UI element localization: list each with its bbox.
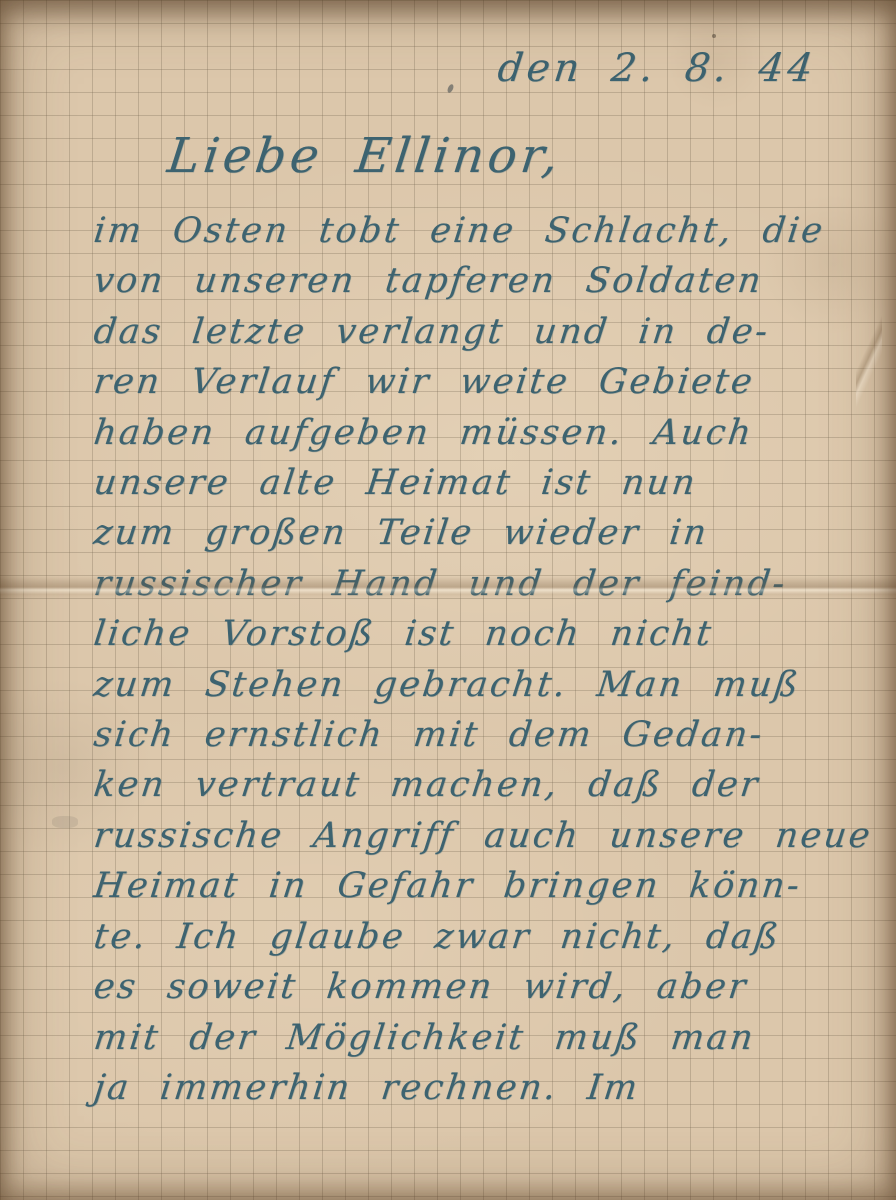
letter-line: ren Verlauf wir weite Gebiete bbox=[91, 357, 887, 407]
letter-line: haben aufgeben müssen. Auch bbox=[91, 408, 887, 458]
salutation: Liebe Ellinor, bbox=[165, 128, 566, 184]
letter-line: von unseren tapferen Soldaten bbox=[91, 256, 887, 306]
letter-body: im Osten tobt eine Schlacht, die von uns… bbox=[94, 206, 884, 1113]
letter-line: ken vertraut machen, daß der bbox=[91, 760, 887, 810]
letter-line: Heimat in Gefahr bringen könn- bbox=[91, 861, 887, 911]
letter-line: zum großen Teile wieder in bbox=[91, 508, 887, 558]
letter-line: das letzte verlangt und in de- bbox=[91, 307, 887, 357]
letter-line: sich ernstlich mit dem Gedan- bbox=[91, 710, 887, 760]
date-line: den 2. 8. 44 bbox=[495, 46, 819, 91]
letter-line: im Osten tobt eine Schlacht, die bbox=[91, 206, 887, 256]
letter-line: russische Angriff auch unsere neue bbox=[91, 811, 887, 861]
letter-line: es soweit kommen wird, aber bbox=[91, 962, 887, 1012]
letter-line: zum Stehen gebracht. Man muß bbox=[91, 660, 887, 710]
letter-line: liche Vorstoß ist noch nicht bbox=[91, 609, 887, 659]
letter-line: russischer Hand und der feind- bbox=[91, 559, 887, 609]
letter-line: unsere alte Heimat ist nun bbox=[91, 458, 887, 508]
letter-line: ja immerhin rechnen. Im bbox=[91, 1063, 887, 1113]
letter-line: mit der Möglichkeit muß man bbox=[91, 1013, 887, 1063]
letter-scan-page: den 2. 8. 44 Liebe Ellinor, im Osten tob… bbox=[0, 0, 896, 1200]
letter-line: te. Ich glaube zwar nicht, daß bbox=[91, 912, 887, 962]
